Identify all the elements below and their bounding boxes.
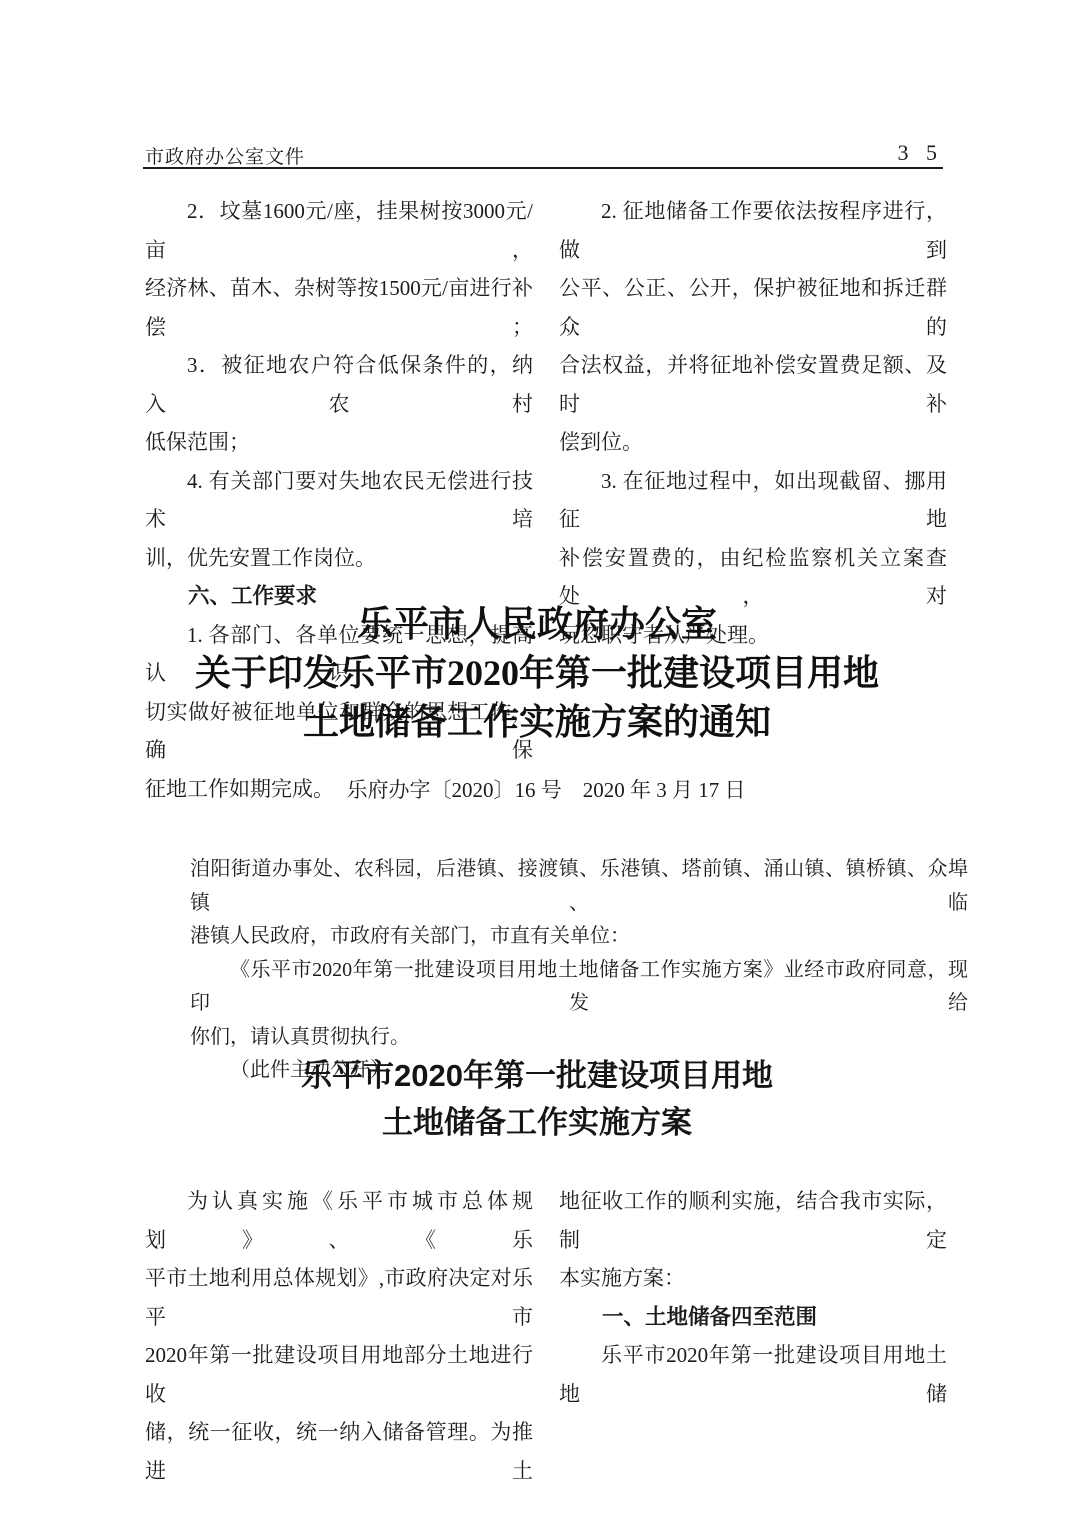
body-line: 训，优先安置工作岗位。 [145, 539, 533, 578]
notice-body-line: 洎阳街道办事处、农科园，后港镇、接渡镇、乐港镇、塔前镇、涌山镇、镇桥镇、众埠镇、… [190, 853, 968, 920]
body-line: 2．坟墓1600元/座，挂果树按3000元/亩， [145, 192, 533, 269]
bottom-column-right: 地征收工作的顺利实施，结合我市实际，制定 本实施方案： 一、土地储备四至范围 乐… [559, 1182, 947, 1490]
doc-number-date: 乐府办字〔2020〕16 号 2020 年 3 月 17 日 [145, 775, 947, 805]
document-page: 市政府办公室文件 3 5 2．坟墓1600元/座，挂果树按3000元/亩， 经济… [0, 0, 1074, 1520]
body-line: 为认真实施《乐平市城市总体规划》、《乐 [145, 1182, 533, 1259]
notice-title-line: 关于印发乐平市2020年第一批建设项目用地 [95, 649, 979, 698]
body-line: 3．被征地农户符合低保条件的，纳入农村 [145, 346, 533, 423]
section-heading-land-reserve-scope: 一、土地储备四至范围 [559, 1298, 947, 1337]
body-line: 公平、公正、公开，保护被征地和拆迁群众的 [559, 269, 947, 346]
body-line: 低保范围； [145, 423, 533, 462]
header-page-number: 3 5 [843, 140, 943, 166]
notice-title-line: 乐平市人民政府办公室 [95, 600, 979, 649]
notice-body-line: 《乐平市2020年第一批建设项目用地土地储备工作实施方案》业经市政府同意，现印发… [190, 954, 968, 1021]
body-line: 本实施方案： [559, 1259, 947, 1298]
body-line: 2020年第一批建设项目用地部分土地进行收 [145, 1336, 533, 1413]
notice-title-line: 土地储备工作实施方案的通知 [95, 698, 979, 747]
body-line: 经济林、苗木、杂树等按1500元/亩进行补偿； [145, 269, 533, 346]
notice-body-line: 你们，请认真贯彻执行。 [190, 1021, 968, 1055]
body-line: 地征收工作的顺利实施，结合我市实际，制定 [559, 1182, 947, 1259]
body-line: 乐平市2020年第一批建设项目用地土地储 [559, 1336, 947, 1413]
notice-body-line: 港镇人民政府，市政府有关部门，市直有关单位： [190, 920, 968, 954]
plan-title-line: 乐平市2020年第一批建设项目用地 [95, 1052, 979, 1099]
notice-title: 乐平市人民政府办公室 关于印发乐平市2020年第一批建设项目用地 土地储备工作实… [95, 600, 979, 747]
plan-title-line: 土地储备工作实施方案 [95, 1099, 979, 1146]
body-line: 偿到位。 [559, 423, 947, 462]
plan-title: 乐平市2020年第一批建设项目用地 土地储备工作实施方案 [95, 1052, 979, 1146]
body-line: 4. 有关部门要对失地农民无偿进行技术培 [145, 462, 533, 539]
body-line: 2. 征地储备工作要依法按程序进行，做到 [559, 192, 947, 269]
header-doc-label: 市政府办公室文件 [145, 142, 545, 169]
bottom-columns: 为认真实施《乐平市城市总体规划》、《乐 平市土地利用总体规划》,市政府决定对乐平… [145, 1182, 947, 1490]
header-rule [143, 167, 943, 169]
body-line: 3. 在征地过程中，如出现截留、挪用征地 [559, 462, 947, 539]
body-line: 储，统一征收，统一纳入储备管理。为推进土 [145, 1413, 533, 1490]
body-line: 合法权益，并将征地补偿安置费足额、及时补 [559, 346, 947, 423]
body-line: 平市土地利用总体规划》,市政府决定对乐平市 [145, 1259, 533, 1336]
bottom-column-left: 为认真实施《乐平市城市总体规划》、《乐 平市土地利用总体规划》,市政府决定对乐平… [145, 1182, 533, 1490]
